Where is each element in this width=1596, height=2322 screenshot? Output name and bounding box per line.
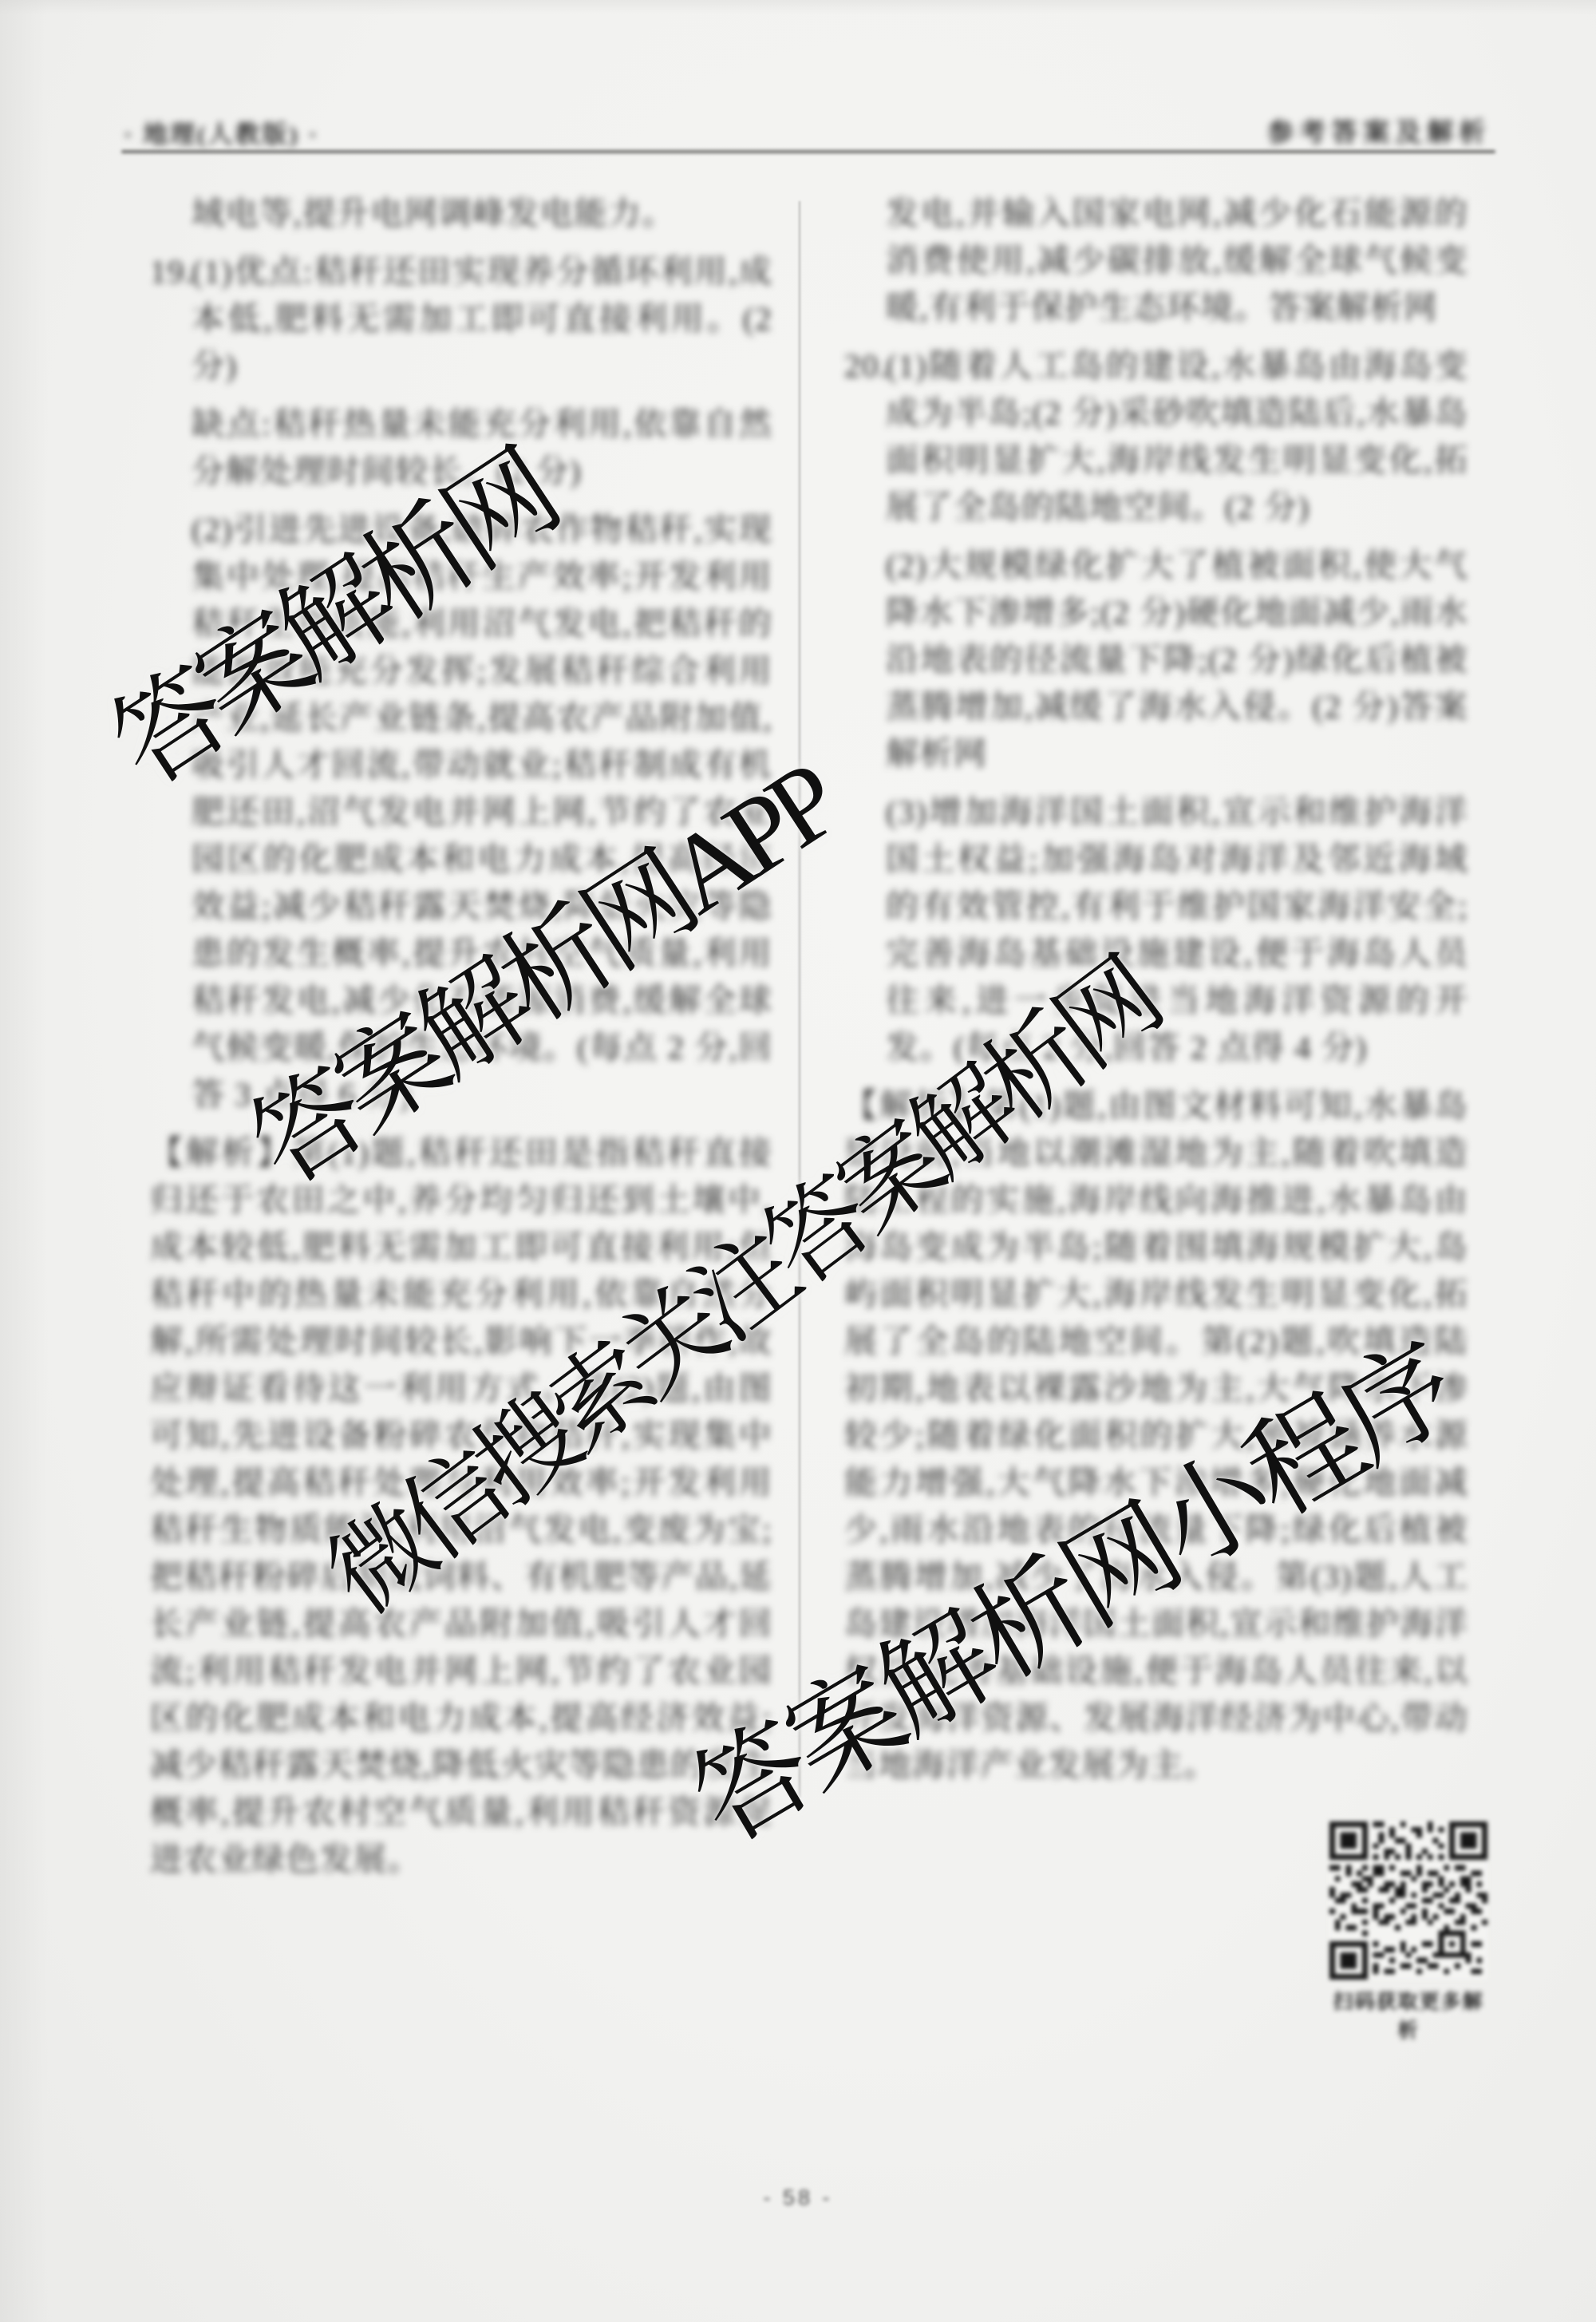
qr-block: 扫码获取更多解析 [1327, 1822, 1490, 2043]
continuation-paragraph: 发电,并输入国家电网,减少化石能源的消费使用,减少碳排放,缓解全球气候变暖,有利… [886, 190, 1468, 331]
question-number-20: 20. [844, 342, 889, 390]
analysis-paragraph-20: 【解析】第(1)题,由图文材料可知,水暴岛建设前,当地以潮滩湿地为主,随着吹填造… [844, 1082, 1468, 1789]
left-column: 域电等,提升电网调峰发电能力。 19. (1)优点:秸秆还田实现养分循环利用,成… [150, 190, 772, 1894]
header-rule [121, 150, 1495, 153]
right-column: 发电,并输入国家电网,减少化石能源的消费使用,减少碳排放,缓解全球气候变暖,有利… [844, 190, 1468, 1800]
answer-text: (1)随着人工岛的建设,水暴岛由海岛变成为半岛;(2 分)采砂吹填造陆后,水暴岛… [886, 347, 1468, 525]
qr-code [1327, 1822, 1490, 1980]
analysis-paragraph-19: 【解析】第(1)题,秸秆还田是指秸秆直接归还于农田之中,养分均匀归还到土壤中,成… [150, 1129, 772, 1883]
answer-item-20: 20. (1)随着人工岛的建设,水暴岛由海岛变成为半岛;(2 分)采砂吹填造陆后… [886, 342, 1468, 531]
header-section-title: 参考答案及解析 [1267, 112, 1491, 149]
header-subject-title: · 地理(人教版) · [124, 114, 319, 150]
answer-cons-paragraph: 缺点:秸秆热量未能充分利用,依靠自然分解处理时间较长。(2 分) [192, 401, 772, 495]
answer-item-19: 19. (1)优点:秸秆还田实现养分循环利用,成本低,肥料无需加工即可直接利用。… [192, 248, 772, 390]
qr-caption: 扫码获取更多解析 [1327, 1986, 1490, 2043]
question-number-19: 19. [150, 248, 195, 295]
answer-part2-paragraph: (2)引进先进设备,破碎农作物秸秆,实现集中处理,提高秸秆生产效率;开发利用秸秆… [192, 506, 772, 1118]
answer-part3-paragraph: (3)增加海洋国土面积,宣示和维护海洋国土权益;加强海岛对海洋及邻近海域的有效管… [886, 789, 1468, 1071]
column-divider [799, 201, 800, 1798]
continuation-paragraph: 域电等,提升电网调峰发电能力。 [192, 190, 772, 237]
answer-text: (1)优点:秸秆还田实现养分循环利用,成本低,肥料无需加工即可直接利用。(2 分… [192, 253, 772, 384]
answer-part2-paragraph: (2)大规模绿化扩大了植被面积,使大气降水下渗增多;(2 分)硬化地面减少,雨水… [886, 542, 1468, 777]
page-number: - 58 - [0, 2186, 1596, 2210]
